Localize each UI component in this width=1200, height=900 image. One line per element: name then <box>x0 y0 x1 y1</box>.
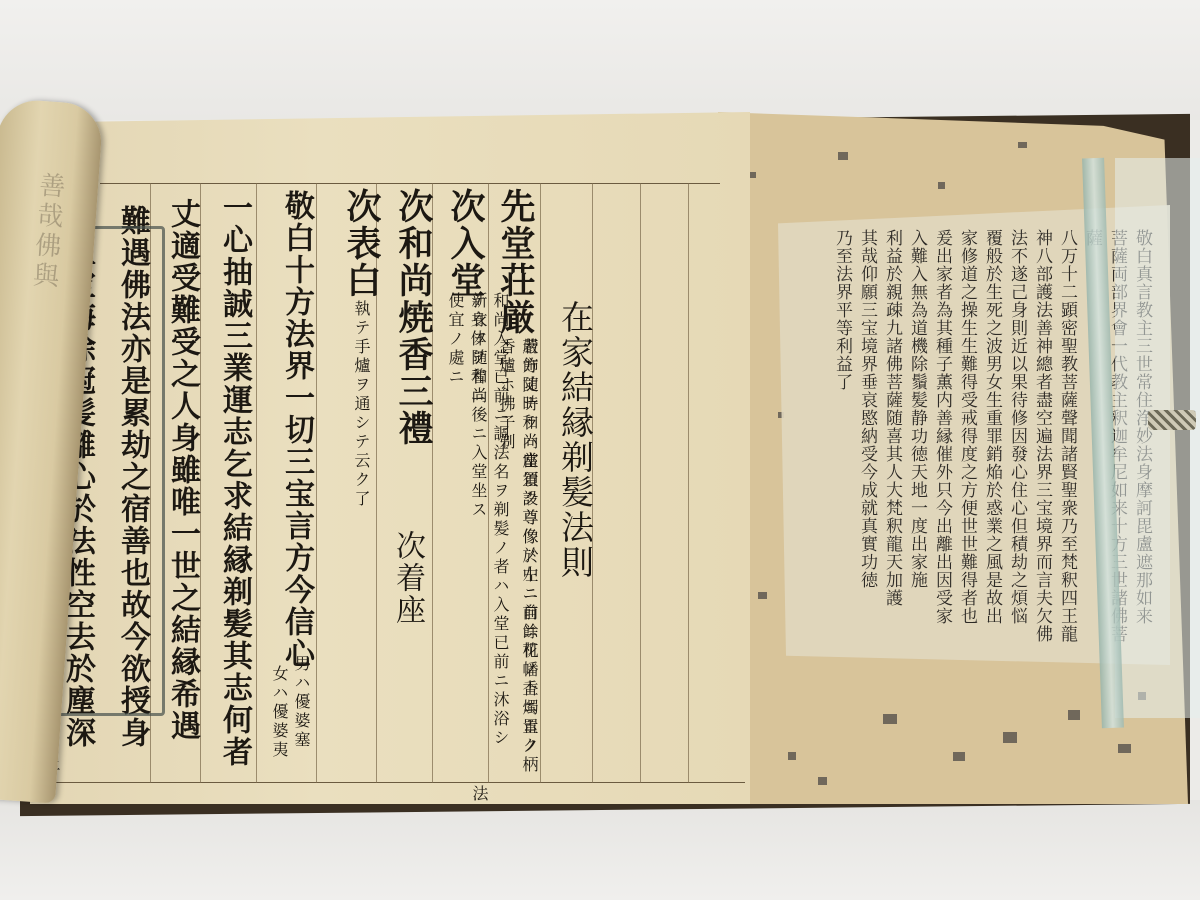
heading-declaration: 次表白 <box>336 188 386 299</box>
document-title: 在家結縁剃髪法則 <box>552 300 599 580</box>
note: 執テ手爐ヲ通シテ云ク了 <box>350 300 373 509</box>
binding-cord <box>1148 410 1196 430</box>
roll-faint-text: 善哉佛與 <box>25 170 70 292</box>
heading-be-seated: 次着座 <box>385 530 429 626</box>
top-rule <box>100 183 720 184</box>
text-column: 丈適受難受之人身雖唯一世之結縁希遇 <box>160 198 204 742</box>
footnote: 法 <box>468 785 491 804</box>
note-male: 男ハ優婆塞 <box>290 655 313 750</box>
column-line <box>256 183 257 783</box>
column-line <box>688 183 689 783</box>
text-column: 一心抽誠三業運志乞求結縁剃髪其志何者 <box>212 192 256 768</box>
column-line <box>640 183 641 783</box>
heading-enter-hall: 次入堂 <box>440 188 490 299</box>
note-female: 女ハ優婆夷 <box>268 665 291 760</box>
note: 新衣ヲ随和尚後ニ入堂坐ス使宜ノ處ニ <box>444 292 490 532</box>
glass-plate-right <box>1115 158 1200 718</box>
heading-incense: 次和尚焼香三禮 <box>388 188 438 447</box>
background-table <box>0 800 1200 900</box>
background-top <box>0 0 1200 120</box>
text-column: 敬白十方法界一切三宝言方今信心 <box>274 190 318 670</box>
bottom-rule <box>20 782 745 783</box>
